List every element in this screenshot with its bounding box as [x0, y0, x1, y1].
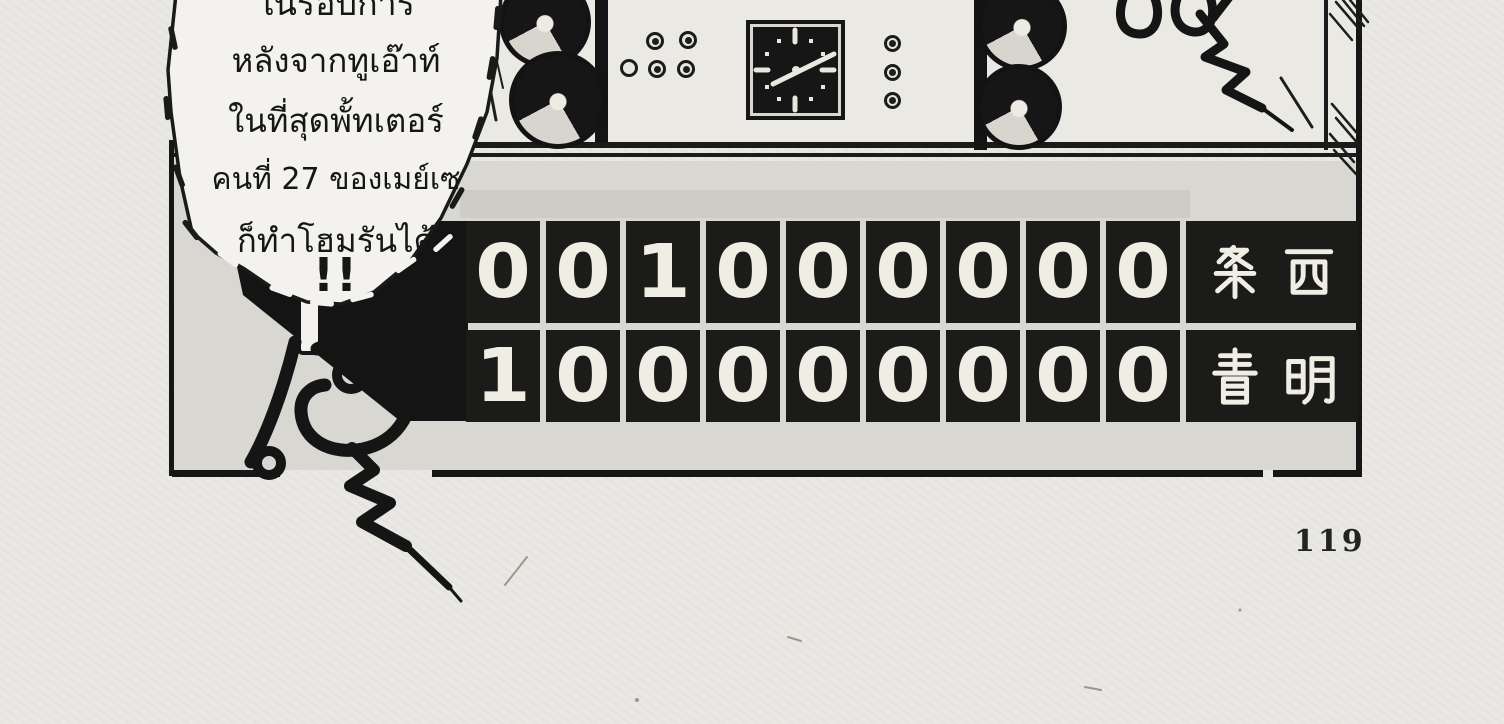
- kanji-glyph: [1280, 347, 1338, 405]
- wall-support-line: [1324, 0, 1328, 150]
- score-cell: 0: [706, 221, 780, 323]
- score-cell: 0: [1106, 221, 1180, 323]
- indicator-lamp-icon: [677, 60, 695, 78]
- indicator-lamp-icon: [646, 32, 664, 50]
- score-cell: 1: [466, 330, 540, 422]
- panel-border-bottom: [432, 470, 1263, 477]
- score-cell: 0: [1026, 221, 1100, 323]
- score-cell: 0: [706, 330, 780, 422]
- band-shading: [460, 190, 1190, 218]
- score-cell: 0: [866, 221, 940, 323]
- stadium-speaker-icon: [509, 51, 607, 149]
- scoreboard-row-home: 1 0 0 0 0 0 0 0 0 青明: [466, 330, 1358, 422]
- analog-clock-icon: [746, 20, 845, 120]
- score-cell: 0: [786, 221, 860, 323]
- page-number: 119: [1294, 524, 1366, 559]
- bubble-text-line-4: คนที่ 27 ของเมย์เซ: [168, 156, 504, 203]
- bubble-text-line-2: หลังจากทูเอ๊าท์: [168, 34, 504, 87]
- indicator-lamp-icon: [884, 35, 901, 52]
- panel-border-bottom: [172, 470, 280, 477]
- score-cell: 0: [1026, 330, 1100, 422]
- indicator-lamp-icon: [884, 64, 901, 81]
- scoreboard: 0 0 1 0 0 0 0 0 0 条西 1 0: [466, 221, 1358, 422]
- team-name-away: 条西: [1186, 221, 1358, 323]
- scoreboard-row-away: 0 0 1 0 0 0 0 0 0 条西: [466, 221, 1358, 323]
- score-cell: 0: [1106, 330, 1180, 422]
- score-cell: 0: [946, 330, 1020, 422]
- team-name-home: 青明: [1186, 330, 1358, 422]
- score-cell: 0: [546, 330, 620, 422]
- score-cell: 0: [626, 330, 700, 422]
- panel-border-bottom: [1273, 470, 1360, 477]
- score-cell: 0: [786, 330, 860, 422]
- kanji-glyph: [1280, 243, 1338, 301]
- indicator-lamp-icon: [884, 92, 901, 109]
- bubble-text-line-3: ในที่สุดพั้ทเตอร์: [168, 94, 504, 147]
- score-cell: 0: [546, 221, 620, 323]
- manga-page: 0 0 1 0 0 0 0 0 0 条西 1 0: [0, 0, 1504, 724]
- score-cell: 0: [866, 330, 940, 422]
- indicator-lamp-icon: [679, 31, 697, 49]
- score-cell: 0: [946, 221, 1020, 323]
- indicator-lamp-icon: [620, 59, 638, 77]
- kanji-glyph: [1206, 347, 1264, 405]
- indicator-lamp-icon: [648, 60, 666, 78]
- stadium-speaker-icon: [976, 64, 1062, 150]
- bubble-text-exclamation: !!: [168, 248, 504, 302]
- score-cell: 1: [626, 221, 700, 323]
- kanji-glyph: [1206, 243, 1264, 301]
- bubble-text-line-1: ในรอบการ: [168, 0, 504, 30]
